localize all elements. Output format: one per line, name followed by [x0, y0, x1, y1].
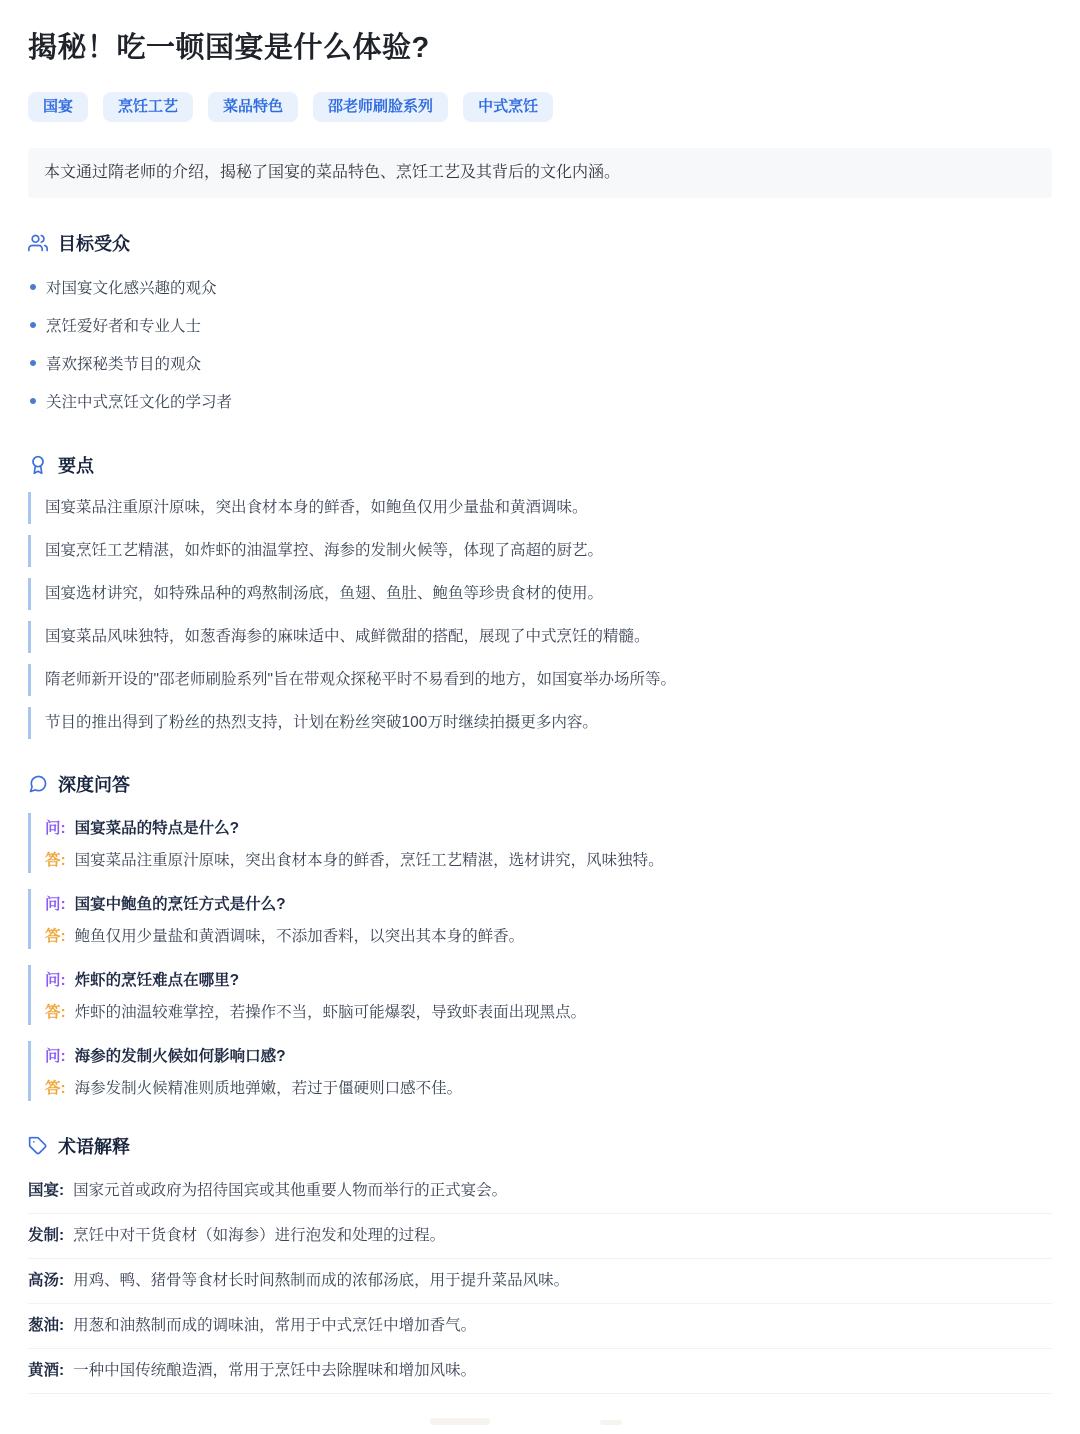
chat-bubble-icon [28, 774, 48, 794]
question-row: 问: 海参的发制火候如何影响口感? [45, 1044, 1052, 1066]
glossary-term: 高汤: [28, 1270, 64, 1292]
glossary-definition: 用葱和油熬制而成的调味油，常用于中式烹饪中增加香气。 [73, 1315, 476, 1337]
key-points-list: 国宴菜品注重原汁原味，突出食材本身的鲜香，如鲍鱼仅用少量盐和黄酒调味。 国宴烹饪… [28, 492, 1052, 739]
audience-list: 对国宴文化感兴趣的观众 烹饪爱好者和专业人士 喜欢探秘类节目的观众 关注中式烹饪… [28, 268, 1052, 420]
question-row: 问: 国宴中鲍鱼的烹饪方式是什么? [45, 892, 1052, 914]
answer-text: 国宴菜品注重原汁原味，突出食材本身的鲜香，烹饪工艺精湛，选材讲究，风味独特。 [75, 848, 664, 870]
question-label: 问: [45, 816, 66, 838]
answer-label: 答: [45, 1076, 66, 1098]
glossary-row: 高汤: 用鸡、鸭、猪骨等食材长时间熬制而成的浓郁汤底，用于提升菜品风味。 [28, 1259, 1052, 1304]
tag-caipin-tese[interactable]: 菜品特色 [208, 92, 298, 122]
glossary-term: 国宴: [28, 1180, 64, 1202]
bullet-dot [30, 360, 36, 366]
list-item: 喜欢探秘类节目的观众 [28, 344, 1052, 382]
key-points-heading: 要点 [28, 452, 1052, 478]
section-glossary: 术语解释 国宴: 国家元首或政府为招待国宾或其他重要人物而举行的正式宴会。 发制… [28, 1133, 1052, 1394]
question-text: 国宴菜品的特点是什么? [75, 816, 239, 838]
key-point: 国宴选材讲究，如特殊品种的鸡熬制汤底，鱼翅、鱼肚、鲍鱼等珍贵食材的使用。 [28, 578, 1052, 610]
answer-row: 答: 国宴菜品注重原汁原味，突出食材本身的鲜香，烹饪工艺精湛，选材讲究，风味独特… [45, 848, 1052, 870]
section-target-audience: 目标受众 对国宴文化感兴趣的观众 烹饪爱好者和专业人士 喜欢探秘类节目的观众 关… [28, 230, 1052, 420]
question-label: 问: [45, 968, 66, 990]
bullet-dot [30, 284, 36, 290]
glossary-row: 葱油: 用葱和油熬制而成的调味油，常用于中式烹饪中增加香气。 [28, 1304, 1052, 1349]
question-text: 国宴中鲍鱼的烹饪方式是什么? [75, 892, 286, 914]
answer-text: 海参发制火候精准则质地弹嫩，若过于僵硬则口感不佳。 [75, 1076, 463, 1098]
list-item: 烹饪爱好者和专业人士 [28, 306, 1052, 344]
glossary-term: 黄酒: [28, 1360, 64, 1382]
award-ribbon-icon [28, 455, 48, 475]
section-heading-label: 术语解释 [58, 1133, 130, 1159]
answer-label: 答: [45, 924, 66, 946]
glossary-definition: 烹饪中对干货食材（如海参）进行泡发和处理的过程。 [73, 1225, 445, 1247]
tag-pengren-gongyi[interactable]: 烹饪工艺 [103, 92, 193, 122]
section-heading-label: 深度问答 [58, 771, 130, 797]
article-summary-page: 揭秘！吃一顿国宴是什么体验? 国宴 烹饪工艺 菜品特色 邵老师刷脸系列 中式烹饪… [0, 0, 1080, 1434]
question-row: 问: 国宴菜品的特点是什么? [45, 816, 1052, 838]
audience-item-text: 关注中式烹饪文化的学习者 [46, 390, 232, 412]
tag-guoyan[interactable]: 国宴 [28, 92, 88, 122]
tag-zhongshi-pengren[interactable]: 中式烹饪 [463, 92, 553, 122]
key-point: 国宴菜品注重原汁原味，突出食材本身的鲜香，如鲍鱼仅用少量盐和黄酒调味。 [28, 492, 1052, 524]
glossary-row: 发制: 烹饪中对干货食材（如海参）进行泡发和处理的过程。 [28, 1214, 1052, 1259]
question-text: 海参的发制火候如何影响口感? [75, 1044, 286, 1066]
glossary-list: 国宴: 国家元首或政府为招待国宾或其他重要人物而举行的正式宴会。 发制: 烹饪中… [28, 1169, 1052, 1394]
list-item: 对国宴文化感兴趣的观众 [28, 268, 1052, 306]
section-heading-label: 要点 [58, 452, 94, 478]
key-point: 节目的推出得到了粉丝的热烈支持，计划在粉丝突破100万时继续拍摄更多内容。 [28, 707, 1052, 739]
question-label: 问: [45, 892, 66, 914]
key-point: 国宴菜品风味独特，如葱香海参的麻味适中、咸鲜微甜的搭配，展现了中式烹饪的精髓。 [28, 621, 1052, 653]
qa-list: 问: 国宴菜品的特点是什么? 答: 国宴菜品注重原汁原味，突出食材本身的鲜香，烹… [28, 813, 1052, 1101]
glossary-definition: 一种中国传统酿造酒，常用于烹饪中去除腥味和增加风味。 [73, 1360, 476, 1382]
article-summary: 本文通过隋老师的介绍，揭秘了国宴的菜品特色、烹饪工艺及其背后的文化内涵。 [28, 148, 1052, 198]
answer-label: 答: [45, 848, 66, 870]
bullet-dot [30, 398, 36, 404]
qa-block: 问: 国宴中鲍鱼的烹饪方式是什么? 答: 鲍鱼仅用少量盐和黄酒调味，不添加香料，… [28, 889, 1052, 949]
glossary-term: 葱油: [28, 1315, 64, 1337]
answer-text: 鲍鱼仅用少量盐和黄酒调味，不添加香料，以突出其本身的鲜香。 [75, 924, 525, 946]
question-text: 炸虾的烹饪难点在哪里? [75, 968, 239, 990]
tag-shualian-xilie[interactable]: 邵老师刷脸系列 [313, 92, 448, 122]
answer-label: 答: [45, 1000, 66, 1022]
section-key-points: 要点 国宴菜品注重原汁原味，突出食材本身的鲜香，如鲍鱼仅用少量盐和黄酒调味。 国… [28, 452, 1052, 739]
glossary-term: 发制: [28, 1225, 64, 1247]
audience-item-text: 对国宴文化感兴趣的观众 [46, 276, 217, 298]
qa-block: 问: 国宴菜品的特点是什么? 答: 国宴菜品注重原汁原味，突出食材本身的鲜香，烹… [28, 813, 1052, 873]
qa-block: 问: 海参的发制火候如何影响口感? 答: 海参发制火候精准则质地弹嫩，若过于僵硬… [28, 1041, 1052, 1101]
target-audience-heading: 目标受众 [28, 230, 1052, 256]
section-qa: 深度问答 问: 国宴菜品的特点是什么? 答: 国宴菜品注重原汁原味，突出食材本身… [28, 771, 1052, 1101]
glossary-row: 黄酒: 一种中国传统酿造酒，常用于烹饪中去除腥味和增加风味。 [28, 1349, 1052, 1394]
tag-row: 国宴 烹饪工艺 菜品特色 邵老师刷脸系列 中式烹饪 [28, 92, 1052, 122]
tag-icon [28, 1136, 48, 1156]
qa-heading: 深度问答 [28, 771, 1052, 797]
qa-block: 问: 炸虾的烹饪难点在哪里? 答: 炸虾的油温较难掌控，若操作不当，虾脑可能爆裂… [28, 965, 1052, 1025]
answer-row: 答: 海参发制火候精准则质地弹嫩，若过于僵硬则口感不佳。 [45, 1076, 1052, 1098]
audience-item-text: 烹饪爱好者和专业人士 [46, 314, 201, 336]
answer-text: 炸虾的油温较难掌控，若操作不当，虾脑可能爆裂，导致虾表面出现黑点。 [75, 1000, 587, 1022]
key-point: 国宴烹饪工艺精湛，如炸虾的油温掌控、海参的发制火候等，体现了高超的厨艺。 [28, 535, 1052, 567]
glossary-definition: 用鸡、鸭、猪骨等食材长时间熬制而成的浓郁汤底，用于提升菜品风味。 [73, 1270, 569, 1292]
audience-item-text: 喜欢探秘类节目的观众 [46, 352, 201, 374]
bullet-dot [30, 322, 36, 328]
users-icon [28, 233, 48, 253]
list-item: 关注中式烹饪文化的学习者 [28, 382, 1052, 420]
answer-row: 答: 炸虾的油温较难掌控，若操作不当，虾脑可能爆裂，导致虾表面出现黑点。 [45, 1000, 1052, 1022]
glossary-row: 国宴: 国家元首或政府为招待国宾或其他重要人物而举行的正式宴会。 [28, 1169, 1052, 1214]
key-point: 隋老师新开设的"邵老师刷脸系列"旨在带观众探秘平时不易看到的地方，如国宴举办场所… [28, 664, 1052, 696]
section-heading-label: 目标受众 [58, 230, 130, 256]
question-row: 问: 炸虾的烹饪难点在哪里? [45, 968, 1052, 990]
answer-row: 答: 鲍鱼仅用少量盐和黄酒调味，不添加香料，以突出其本身的鲜香。 [45, 924, 1052, 946]
glossary-definition: 国家元首或政府为招待国宾或其他重要人物而举行的正式宴会。 [73, 1180, 507, 1202]
watermark-remnant [430, 1418, 630, 1426]
page-title: 揭秘！吃一顿国宴是什么体验? [28, 30, 1052, 68]
glossary-heading: 术语解释 [28, 1133, 1052, 1159]
question-label: 问: [45, 1044, 66, 1066]
